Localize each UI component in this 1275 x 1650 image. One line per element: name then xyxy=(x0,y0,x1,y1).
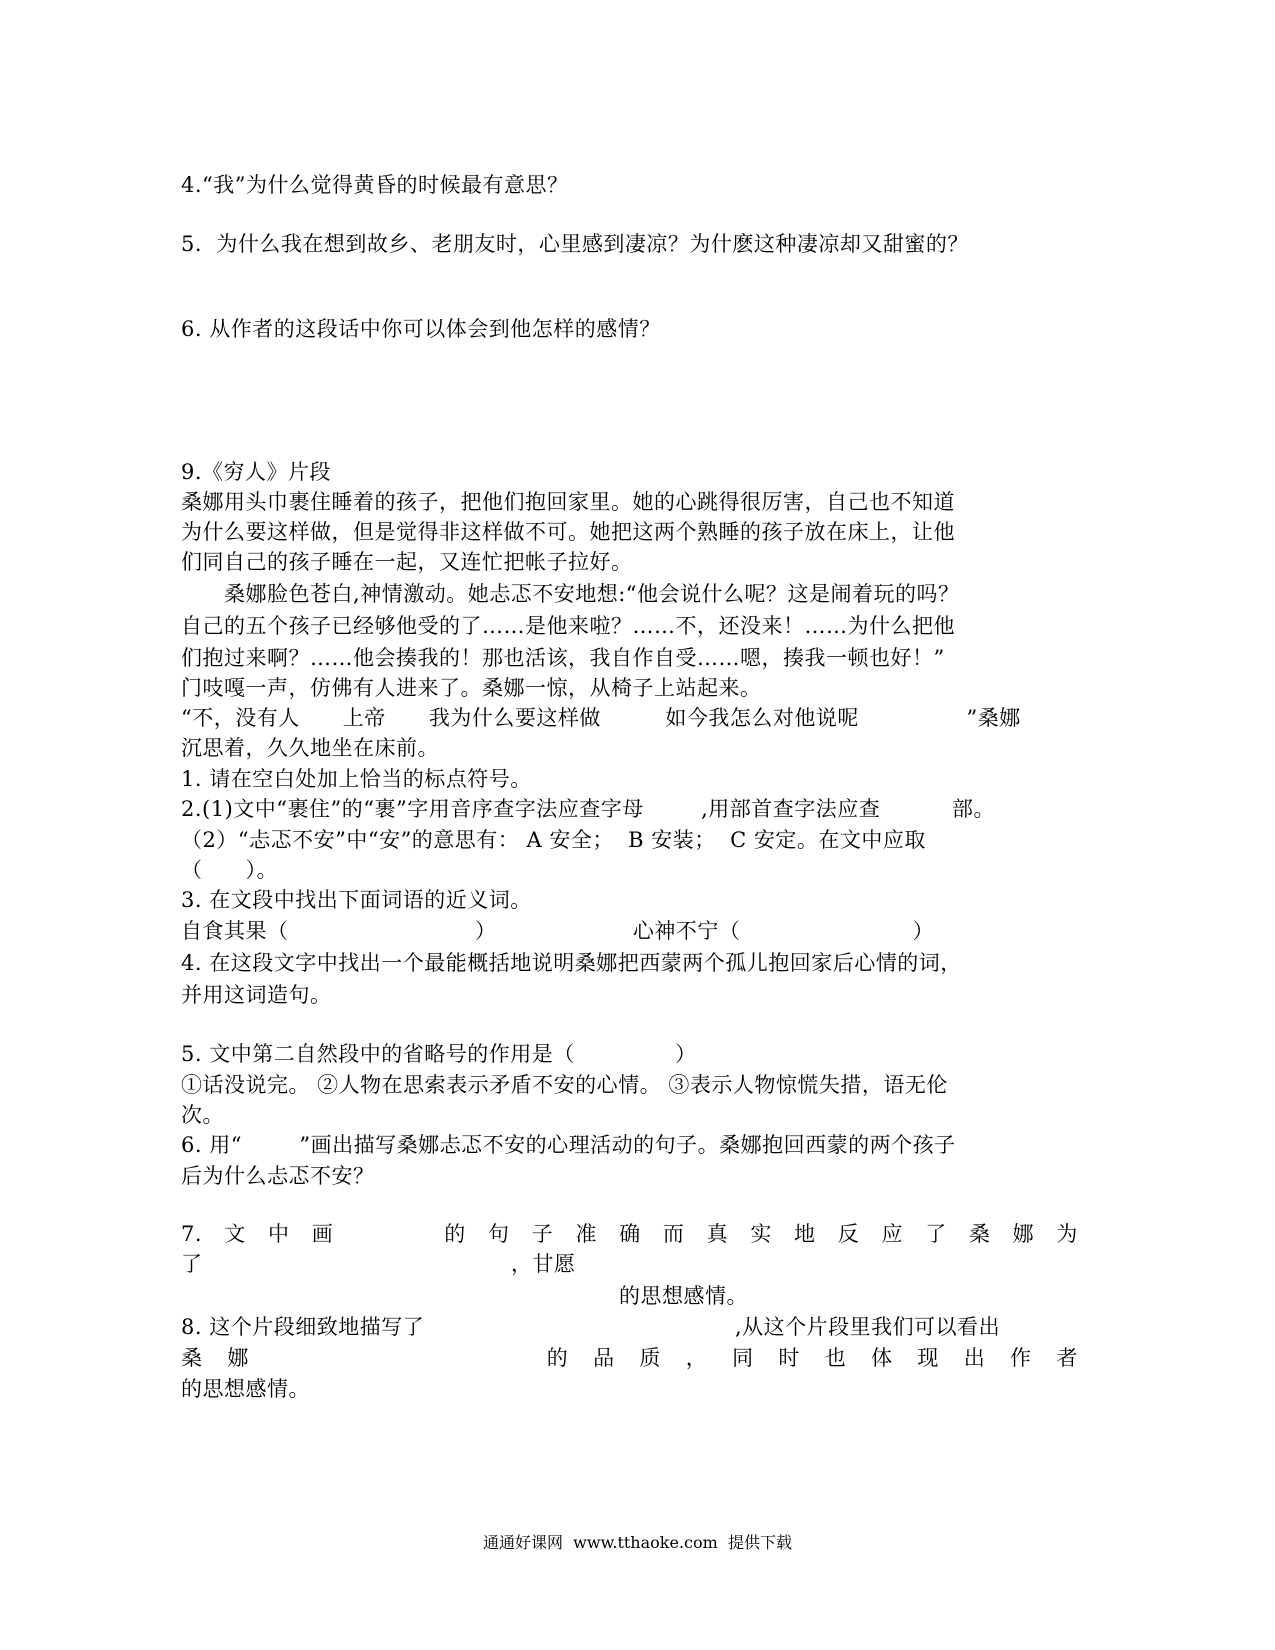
passage-line: 桑娜用头巾裹住睡着的孩子，把他们抱回家里。她的心跳得很厉害，自己也不知道 xyxy=(181,488,955,516)
question-9-2-2: （2）“忐忑不安”中“安”的意思有： A 安全； B 安装； C 安定。在文中应… xyxy=(181,826,926,854)
question-9-6: 6. 用“ ”画出描写桑娜忐忑不安的心理活动的句子。桑娜抱回西蒙的两个孩子 xyxy=(181,1131,956,1159)
question-9-6-cont: 后为什么忐忑不安？ xyxy=(181,1162,375,1190)
document-page: 4.“我”为什么觉得黄昏的时候最有意思？ 5. 为什么我在想到故乡、老朋友时，心… xyxy=(0,0,1275,1650)
passage-line: 们同自己的孩子睡在一起，又连忙把帐子拉好。 xyxy=(181,548,633,576)
question-9-8: 8. 这个片段细致地描写了 xyxy=(181,1313,424,1341)
question-9-7-line2a: 了 xyxy=(181,1250,203,1278)
question-9-7-line3: 的思想感情。 xyxy=(619,1282,748,1310)
question-9-8-cont: ,从这个片段里我们可以看出 xyxy=(735,1313,1000,1341)
question-9-7-line2b: ，甘愿 xyxy=(511,1250,576,1278)
question-9-4: 4. 在这段文字中找出一个最能概括地说明桑娜把西蒙两个孤儿抱回家后心情的词， xyxy=(181,949,962,977)
passage-line-with-blanks: “不，没有人 上帝 我为什么要这样做 如今我怎么对他说呢 ”桑娜 xyxy=(181,704,1021,732)
question-9-2-1: 2.(1)文中“裹住”的“裹”字用音序查字法应查字母 ,用部首查字法应查 部。 xyxy=(181,795,995,823)
passage-line: 沉思着，久久地坐在床前。 xyxy=(181,734,439,762)
question-5: 5. 为什么我在想到故乡、老朋友时，心里感到凄凉？为什麽这种凄凉却又甜蜜的？ xyxy=(181,230,969,258)
passage-line: 们抱过来啊？……他会揍我的！那也活该，我自作自受……嗯，揍我一顿也好！” xyxy=(181,644,945,672)
page-footer: 通通好课网 www.tthaoke.com 提供下载 xyxy=(0,1533,1275,1553)
section-title: 9.《穷人》片段 xyxy=(181,458,331,486)
question-4: 4.“我”为什么觉得黄昏的时候最有意思？ xyxy=(181,171,569,199)
question-9-5-options: ①话没说完。 ②人物在思索表示矛盾不安的心情。 ③表示人物惊慌失措，语无伦 xyxy=(181,1071,948,1099)
passage-line: 为什么要这样做，但是觉得非这样做不可。她把这两个熟睡的孩子放在床上，让他 xyxy=(181,518,955,546)
question-9-5: 5. 文中第二自然段中的省略号的作用是（ ） xyxy=(181,1040,697,1068)
question-9-8-line2: 桑 娜 的 品 质 ， 同 时 也 体 现 出 作 者 xyxy=(181,1344,1078,1372)
question-9-4-cont: 并用这词造句。 xyxy=(181,981,332,1009)
question-9-5-options-cont: 次。 xyxy=(181,1101,224,1129)
question-9-3: 3. 在文段中找出下面词语的近义词。 xyxy=(181,886,532,914)
question-9-7: 7. 文 中 画 的 句 子 准 确 而 真 实 地 反 应 了 桑 娜 为 xyxy=(181,1220,1078,1248)
question-6: 6. 从作者的这段话中你可以体会到他怎样的感情？ xyxy=(181,315,661,343)
passage-line: 门吱嘎一声，仿佛有人进来了。桑娜一惊，从椅子上站起来。 xyxy=(181,674,762,702)
passage-line: 桑娜脸色苍白,神情激动。她忐忑不安地想:“他会说什么呢？这是闹着玩的吗？ xyxy=(181,580,960,608)
question-9-1: 1. 请在空白处加上恰当的标点符号。 xyxy=(181,765,532,793)
question-9-8-line3: 的思想感情。 xyxy=(181,1375,310,1403)
question-9-3-words: 自食其果（ ） 心神不宁（ ） xyxy=(181,917,934,945)
passage-line: 自己的五个孩子已经够他受的了……是他来啦？……不，还没来！……为什么把他 xyxy=(181,612,955,640)
question-9-2-2-answer: （ ）。 xyxy=(181,856,278,884)
